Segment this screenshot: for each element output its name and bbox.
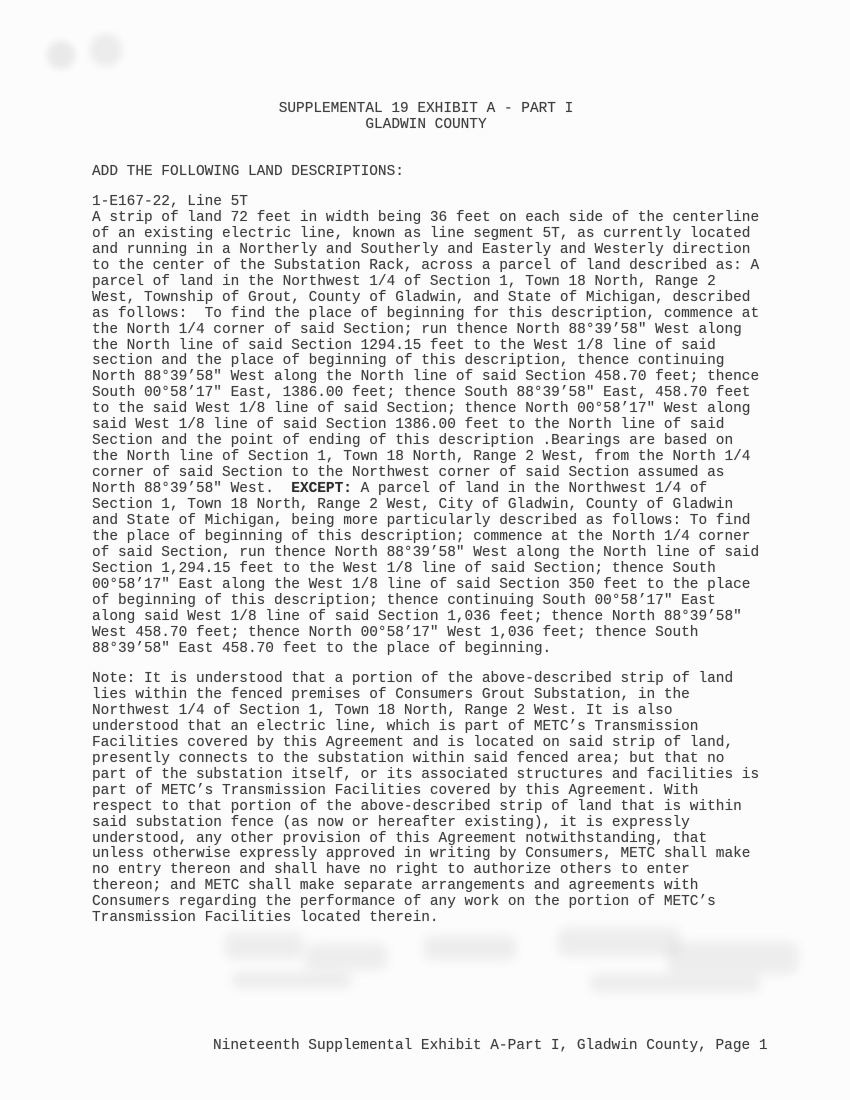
bleed-through-artifact <box>558 928 680 956</box>
bleed-through-artifact <box>424 936 516 960</box>
bleed-through-artifact <box>668 942 798 974</box>
note-paragraph: Note: It is understood that a portion of… <box>92 672 759 927</box>
scan-smudge-artifact <box>84 30 128 70</box>
title-line-2: GLADWIN COUNTY <box>92 117 760 133</box>
title-line-1: SUPPLEMENTAL 19 EXHIBIT A - PART I <box>92 101 760 117</box>
bleed-through-artifact <box>305 944 387 970</box>
bleed-through-artifact <box>225 933 303 959</box>
section-heading: ADD THE FOLLOWING LAND DESCRIPTIONS: <box>92 165 404 181</box>
land-description-paragraph: A strip of land 72 feet in width being 3… <box>92 211 759 658</box>
bleed-through-artifact <box>590 974 760 992</box>
page-footer: Nineteenth Supplemental Exhibit A-Part I… <box>213 1039 768 1055</box>
bleed-through-artifact <box>232 972 352 988</box>
document-page: SUPPLEMENTAL 19 EXHIBIT A - PART I GLADW… <box>0 0 850 1100</box>
document-title: SUPPLEMENTAL 19 EXHIBIT A - PART I GLADW… <box>92 101 760 134</box>
parcel-item-label: 1-E167-22, Line 5T <box>92 195 248 211</box>
scan-smudge-artifact <box>42 38 80 72</box>
